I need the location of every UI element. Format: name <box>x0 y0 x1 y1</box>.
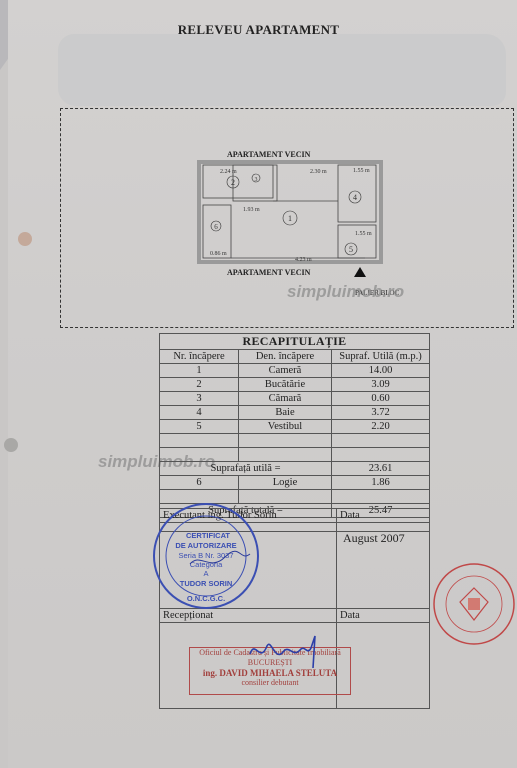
svg-text:3: 3 <box>255 177 258 183</box>
header-room-number: Nr. încăpere <box>160 350 239 364</box>
svg-text:O.N.C.G.C.: O.N.C.G.C. <box>187 594 225 603</box>
svg-text:DE AUTORIZARE: DE AUTORIZARE <box>175 541 236 550</box>
svg-text:1.55 m: 1.55 m <box>355 231 372 237</box>
table-row: 5 Vestibul 2.20 <box>160 420 430 434</box>
svg-text:2.30 m: 2.30 m <box>310 169 327 175</box>
svg-text:1.55 m: 1.55 m <box>353 168 370 174</box>
authorization-stamp: CERTIFICAT DE AUTORIZARE Seria B Nr. 303… <box>150 502 262 610</box>
table-row-empty <box>160 448 430 462</box>
room-area: 1.86 <box>332 476 430 490</box>
redacted-area <box>58 34 506 106</box>
room-area: 3.09 <box>332 378 430 392</box>
svg-text:2: 2 <box>231 178 235 187</box>
handwritten-signature <box>245 634 325 670</box>
svg-text:CERTIFICAT: CERTIFICAT <box>186 531 230 540</box>
room-name: Baie <box>239 406 332 420</box>
table-row: 3 Cămară 0.60 <box>160 392 430 406</box>
stamp-role-line: consilier debutant <box>190 678 350 688</box>
svg-text:A: A <box>203 569 208 578</box>
svg-text:TUDOR SORIN: TUDOR SORIN <box>180 579 233 588</box>
table-row: 6 Logie 1.86 <box>160 476 430 490</box>
svg-text:5: 5 <box>349 245 353 254</box>
date-value: August 2007 <box>337 523 430 609</box>
floor-plan-drawing: 2.24 m 2.30 m 1.55 m 1.93 m 4.23 m 1.55 … <box>175 145 405 285</box>
room-name: Logie <box>239 476 332 490</box>
date-label-2: Data <box>337 609 430 623</box>
room-name: Cămară <box>239 392 332 406</box>
table-row: 2 Bucătărie 3.09 <box>160 378 430 392</box>
receptionat-label: Recepționat <box>160 609 337 623</box>
room-area: 3.72 <box>332 406 430 420</box>
svg-text:6: 6 <box>214 223 218 231</box>
room-number: 1 <box>160 364 239 378</box>
svg-text:4.23 m: 4.23 m <box>295 257 312 263</box>
header-area: Supraf. Utilă (m.p.) <box>332 350 430 364</box>
svg-text:1: 1 <box>288 214 292 223</box>
room-number: 4 <box>160 406 239 420</box>
summary-title: RECAPITULAȚIE <box>160 334 430 350</box>
svg-text:Seria B Nr. 3037: Seria B Nr. 3037 <box>178 551 233 560</box>
table-row: 4 Baie 3.72 <box>160 406 430 420</box>
svg-text:1.93 m: 1.93 m <box>243 207 260 213</box>
room-number: 5 <box>160 420 239 434</box>
punch-hole-top <box>18 232 32 246</box>
svg-text:0.86 m: 0.86 m <box>210 251 227 257</box>
room-area: 2.20 <box>332 420 430 434</box>
watermark: simpluimob.ro <box>287 282 404 302</box>
useful-area-row: Suprafață utilă = 23.61 <box>160 462 430 476</box>
room-name: Vestibul <box>239 420 332 434</box>
header-room-name: Den. încăpere <box>239 350 332 364</box>
room-name: Cameră <box>239 364 332 378</box>
date-label: Data <box>337 509 430 523</box>
table-row: 1 Cameră 14.00 <box>160 364 430 378</box>
useful-area-label: Suprafață utilă = <box>160 462 332 476</box>
table-row-empty <box>160 434 430 448</box>
room-name: Bucătărie <box>239 378 332 392</box>
room-number: 6 <box>160 476 239 490</box>
national-agency-stamp <box>432 562 516 646</box>
svg-text:4: 4 <box>353 193 357 202</box>
useful-area-value: 23.61 <box>332 462 430 476</box>
room-number: 2 <box>160 378 239 392</box>
room-area: 14.00 <box>332 364 430 378</box>
room-area: 0.60 <box>332 392 430 406</box>
room-number: 3 <box>160 392 239 406</box>
svg-text:2.24 m: 2.24 m <box>220 169 237 175</box>
punch-hole-bottom <box>4 438 18 452</box>
